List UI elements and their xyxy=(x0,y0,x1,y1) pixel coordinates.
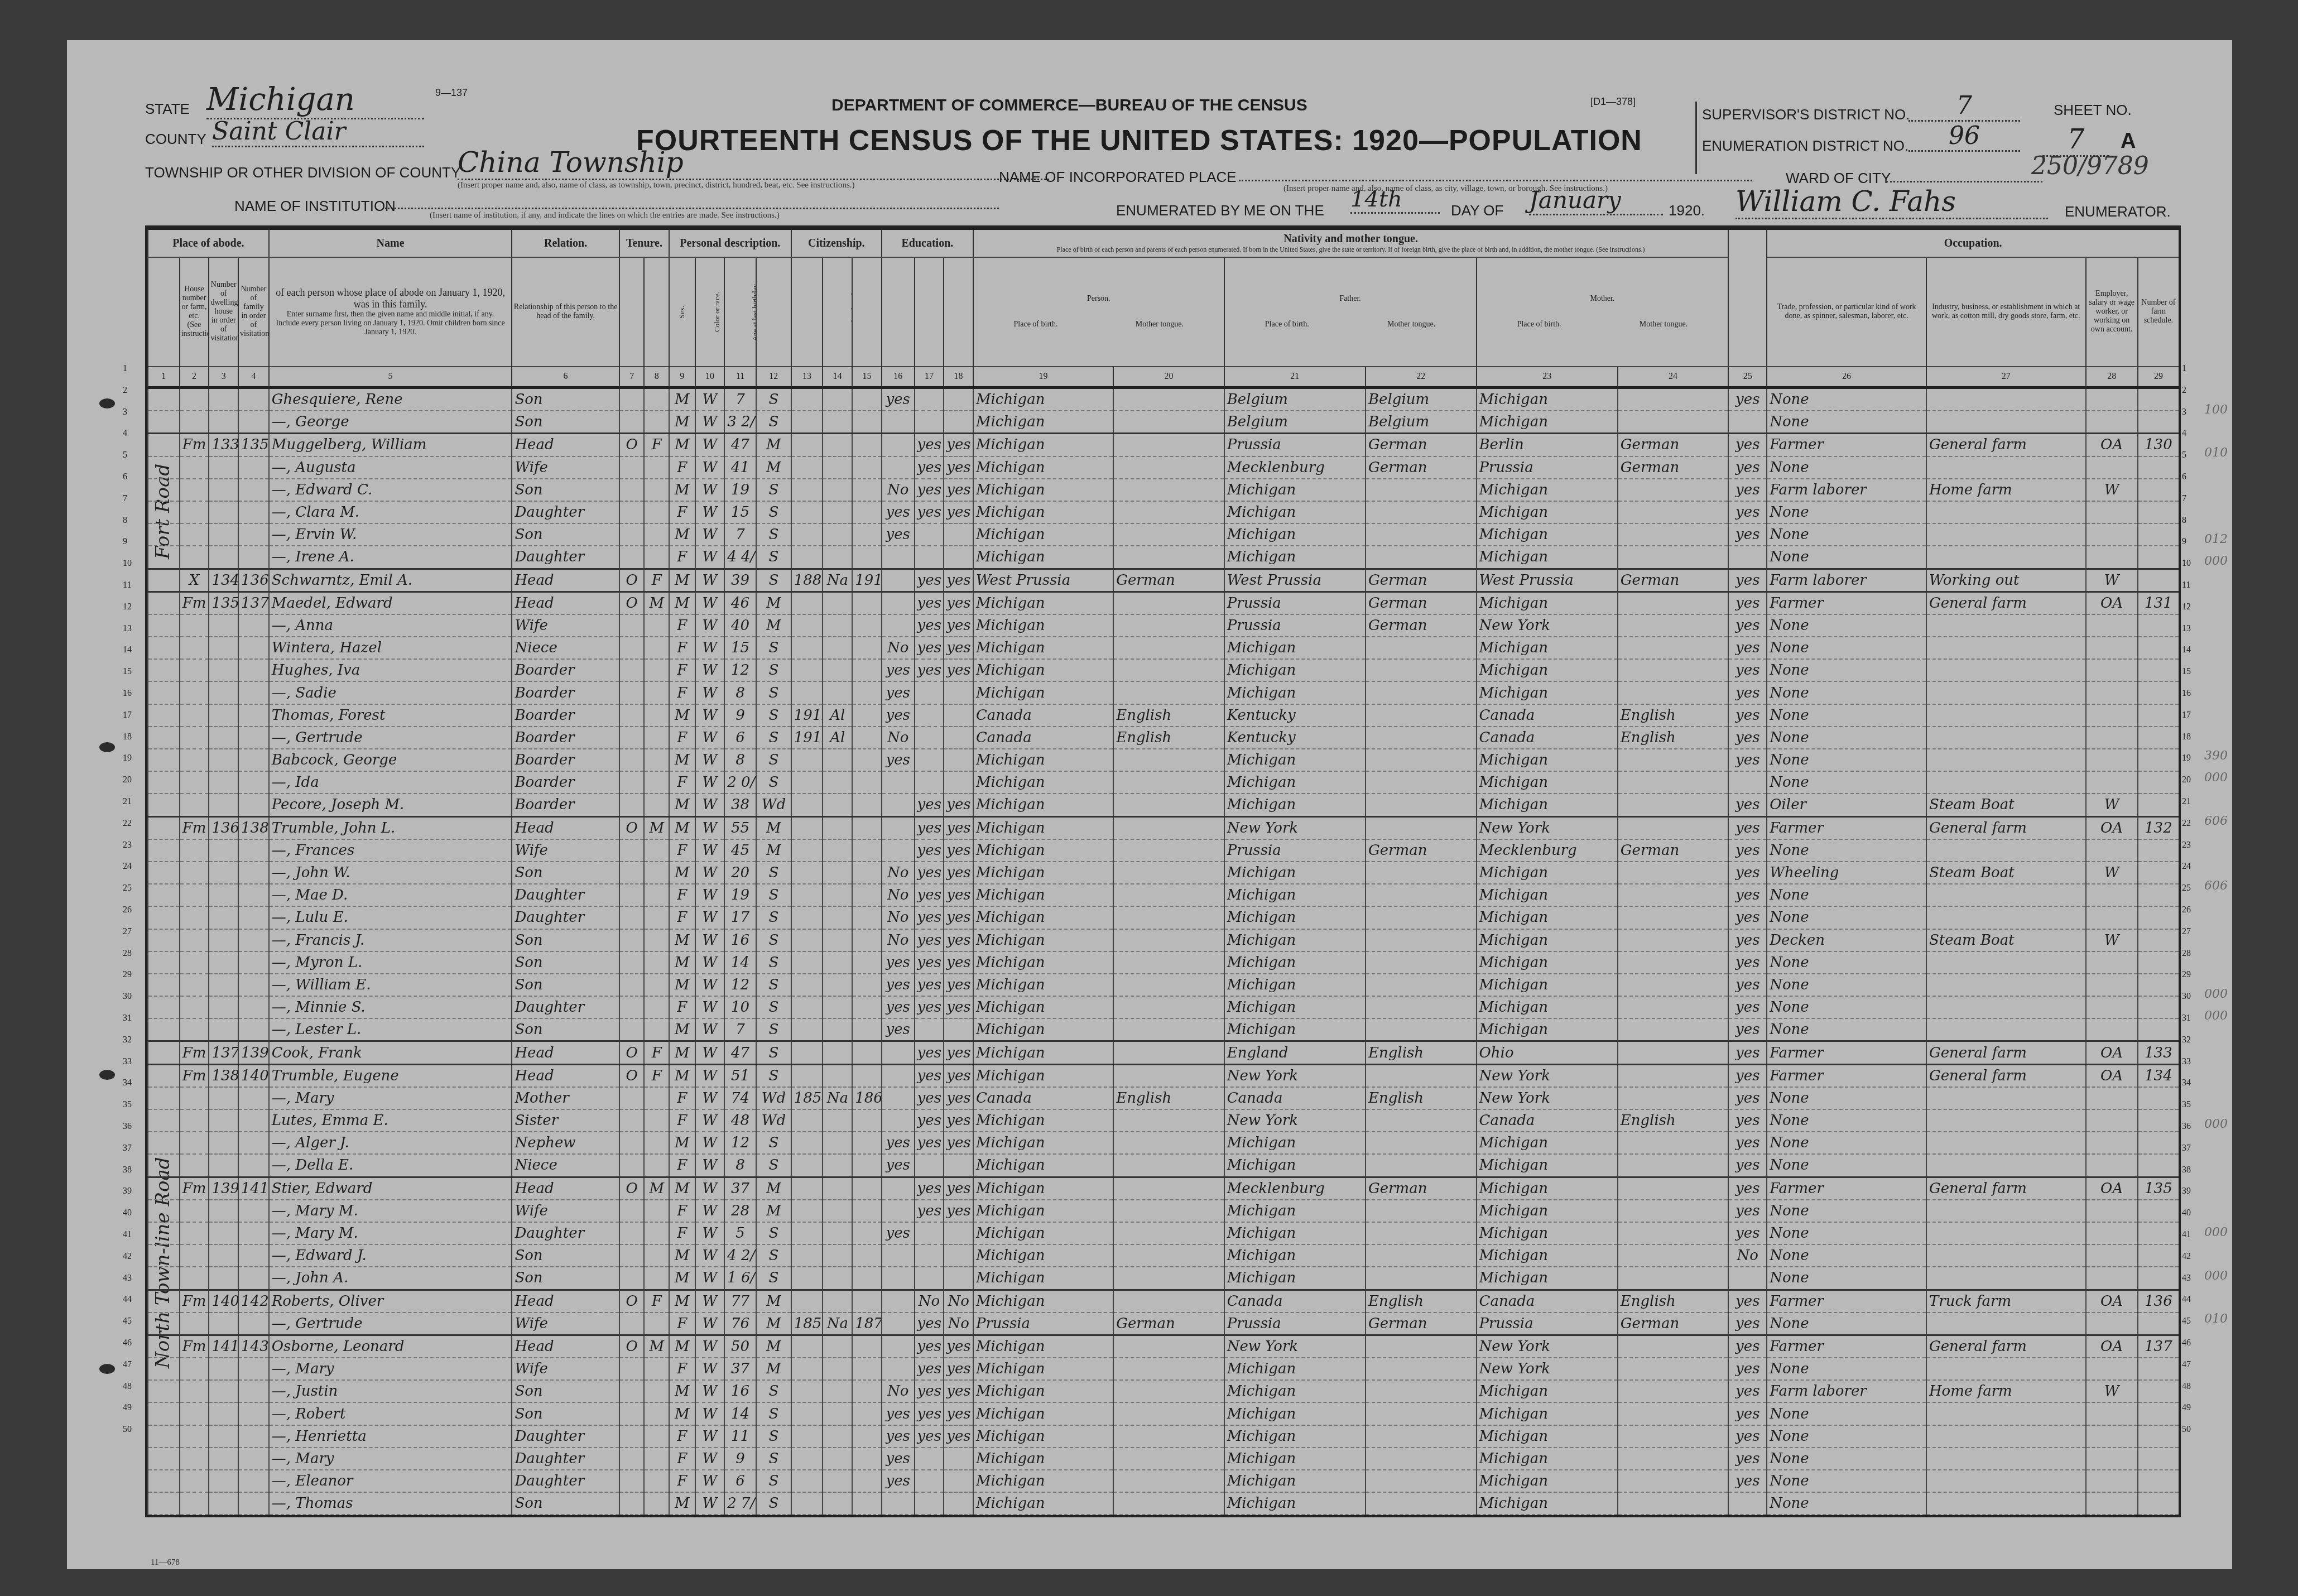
cell-age: 41 xyxy=(724,456,756,479)
cell-house xyxy=(180,1222,209,1244)
line-number: 15 xyxy=(123,667,132,677)
cell-immig xyxy=(791,592,823,614)
cell-home xyxy=(619,1109,645,1132)
supervisor-label: Supervisor's District No. xyxy=(1702,106,1910,123)
margin-code: 010 xyxy=(2204,446,2228,460)
cell-house xyxy=(180,951,209,974)
cell-trade: None xyxy=(1767,974,1926,996)
enumerated-label: Enumerated by me on the xyxy=(1116,202,1324,219)
cell-mpob: Ohio xyxy=(1477,1041,1618,1064)
cell-ftongue xyxy=(1366,1380,1477,1402)
cell-emp xyxy=(2086,411,2138,434)
cell-fpob: Michigan xyxy=(1224,659,1366,681)
cell-house xyxy=(180,884,209,906)
cell-pob: Michigan xyxy=(973,1402,1113,1425)
cell-english: yes xyxy=(1728,1380,1767,1402)
cell-english: yes xyxy=(1728,1154,1767,1177)
cell-trade: None xyxy=(1767,884,1926,906)
cell-street xyxy=(148,1380,180,1402)
cell-dwelling: 135 xyxy=(209,592,238,614)
cell-age: 8 xyxy=(724,1154,756,1177)
cell-mort xyxy=(644,1200,669,1222)
cell-mpob: Michigan xyxy=(1477,771,1618,794)
cell-read: yes xyxy=(915,906,944,929)
cell-mort xyxy=(644,523,669,546)
cell-write xyxy=(944,749,973,771)
cell-sex: M xyxy=(669,1018,695,1041)
cell-farm xyxy=(2138,1087,2179,1109)
line-number: 13 xyxy=(2182,624,2191,634)
cell-marital: Wd xyxy=(756,794,791,816)
cell-sex: M xyxy=(669,974,695,996)
cell-pob: Michigan xyxy=(973,996,1113,1018)
line-number: 16 xyxy=(123,689,132,699)
cell-race: W xyxy=(695,839,725,862)
cell-write: yes xyxy=(944,637,973,659)
cell-trade: None xyxy=(1767,1425,1926,1448)
col-20-header: Mother tongue. xyxy=(1136,320,1184,329)
cell-farm xyxy=(2138,974,2179,996)
cell-mort xyxy=(644,1018,669,1041)
district-bracket xyxy=(1695,102,1699,174)
cell-house xyxy=(180,411,209,434)
cell-mpob: Prussia xyxy=(1477,1313,1618,1335)
cell-english: yes xyxy=(1728,1018,1767,1041)
cell-street xyxy=(148,1267,180,1290)
cell-industry xyxy=(1926,1313,2086,1335)
cell-marital: S xyxy=(756,1018,791,1041)
cell-fpob: Michigan xyxy=(1224,1222,1366,1244)
cell-nat xyxy=(823,1380,852,1402)
cell-age: 46 xyxy=(724,592,756,614)
cell-ftongue xyxy=(1366,862,1477,884)
cell-mort xyxy=(644,794,669,816)
column-number: 1 xyxy=(148,367,180,388)
cell-tongue xyxy=(1113,1244,1224,1267)
cell-dwelling xyxy=(209,749,238,771)
census-row: —, MaryDaughterFW9SyesMichiganMichiganMi… xyxy=(148,1448,2179,1470)
line-number: 26 xyxy=(2182,905,2191,915)
cell-write: yes xyxy=(944,929,973,951)
census-row: —, Mary M.DaughterFW5SyesMichiganMichiga… xyxy=(148,1222,2179,1244)
cell-mort xyxy=(644,1109,669,1132)
line-number: 27 xyxy=(123,927,132,937)
cell-farm xyxy=(2138,546,2179,569)
enumerator-name: William C. Fahs xyxy=(1735,185,2048,219)
cell-relation: Daughter xyxy=(512,1470,619,1492)
line-number: 3 xyxy=(123,407,127,417)
column-number: 8 xyxy=(644,367,669,388)
enumerated-month: January xyxy=(1529,186,1663,215)
cell-english: yes xyxy=(1728,523,1767,546)
cell-name: —, Minnie S. xyxy=(269,996,512,1018)
cell-emp xyxy=(2086,727,2138,749)
cell-family xyxy=(238,1267,269,1290)
census-row: Fm139141Stier, EdwardHeadOMMW37MyesyesMi… xyxy=(148,1177,2179,1200)
cell-family xyxy=(238,637,269,659)
cell-natyr xyxy=(852,523,882,546)
cell-tongue xyxy=(1113,388,1224,411)
cell-school xyxy=(882,1492,915,1515)
cell-mtongue: English xyxy=(1618,704,1729,727)
cell-ftongue xyxy=(1366,1222,1477,1244)
cell-relation: Niece xyxy=(512,637,619,659)
cell-english: yes xyxy=(1728,794,1767,816)
cell-fpob: Michigan xyxy=(1224,1402,1366,1425)
cell-house xyxy=(180,996,209,1018)
cell-trade: Farm laborer xyxy=(1767,479,1926,501)
cell-relation: Daughter xyxy=(512,1222,619,1244)
line-number: 25 xyxy=(2182,883,2191,893)
cell-trade: None xyxy=(1767,1018,1926,1041)
cell-nat xyxy=(823,546,852,569)
cell-read: yes xyxy=(915,951,944,974)
column-number: 22 xyxy=(1366,367,1477,388)
cell-dwelling xyxy=(209,501,238,523)
cell-race: W xyxy=(695,1492,725,1515)
cell-nat xyxy=(823,1064,852,1087)
cell-natyr xyxy=(852,1358,882,1380)
cell-mort xyxy=(644,1313,669,1335)
line-number: 38 xyxy=(123,1165,132,1175)
cell-natyr xyxy=(852,1244,882,1267)
cell-home: O xyxy=(619,434,645,456)
cell-read xyxy=(915,1448,944,1470)
cell-marital: M xyxy=(756,1335,791,1358)
cell-name: —, John A. xyxy=(269,1267,512,1290)
cell-name: —, Mary xyxy=(269,1358,512,1380)
cell-age: 20 xyxy=(724,862,756,884)
cell-trade: None xyxy=(1767,951,1926,974)
cell-emp: W xyxy=(2086,569,2138,592)
cell-farm xyxy=(2138,1425,2179,1448)
cell-natyr xyxy=(852,592,882,614)
cell-natyr xyxy=(852,1109,882,1132)
cell-farm: 137 xyxy=(2138,1335,2179,1358)
cell-mtongue: German xyxy=(1618,456,1729,479)
cell-house xyxy=(180,906,209,929)
census-row: —, John A.SonMW1 6/12SMichiganMichiganMi… xyxy=(148,1267,2179,1290)
margin-code: 000 xyxy=(2204,987,2228,1001)
cell-fpob: Michigan xyxy=(1224,862,1366,884)
census-row: —, AnnaWifeFW40MyesyesMichiganPrussiaGer… xyxy=(148,614,2179,637)
cell-industry xyxy=(1926,659,2086,681)
cell-sex: F xyxy=(669,1470,695,1492)
cell-school xyxy=(882,839,915,862)
cell-trade: Farmer xyxy=(1767,1064,1926,1087)
cell-mpob: Michigan xyxy=(1477,1222,1618,1244)
cell-home xyxy=(619,771,645,794)
cell-sex: F xyxy=(669,1358,695,1380)
cell-race: W xyxy=(695,862,725,884)
census-row: —, Mary M.WifeFW28MyesyesMichiganMichiga… xyxy=(148,1200,2179,1222)
cell-dwelling xyxy=(209,862,238,884)
column-number: 6 xyxy=(512,367,619,388)
cell-natyr xyxy=(852,546,882,569)
cell-house xyxy=(180,523,209,546)
line-number: 33 xyxy=(123,1057,132,1067)
cell-home xyxy=(619,1132,645,1154)
cell-school: No xyxy=(882,884,915,906)
cell-industry xyxy=(1926,681,2086,704)
cell-age: 4 2/12 xyxy=(724,1244,756,1267)
cell-mtongue xyxy=(1618,884,1729,906)
cell-house: Fm xyxy=(180,816,209,839)
cell-ftongue xyxy=(1366,771,1477,794)
cell-school: yes xyxy=(882,1154,915,1177)
cell-nat xyxy=(823,1335,852,1358)
cell-industry xyxy=(1926,1267,2086,1290)
cell-industry xyxy=(1926,906,2086,929)
cell-sex: F xyxy=(669,906,695,929)
father-header: Father. Place of birth.Mother tongue. xyxy=(1224,257,1477,367)
cell-relation: Head xyxy=(512,1041,619,1064)
cell-immig xyxy=(791,1402,823,1425)
cell-tongue xyxy=(1113,1492,1224,1515)
cell-immig xyxy=(791,1290,823,1313)
cell-home xyxy=(619,659,645,681)
cell-mort xyxy=(644,1222,669,1244)
col-22-header: Mother tongue. xyxy=(1387,320,1435,329)
cell-english: yes xyxy=(1728,727,1767,749)
cell-family xyxy=(238,411,269,434)
cell-write: yes xyxy=(944,862,973,884)
cell-house: Fm xyxy=(180,592,209,614)
cell-read xyxy=(915,1154,944,1177)
cell-tongue xyxy=(1113,1222,1224,1244)
census-row: —, GertrudeWifeFW76M1850Na1870yesNoPruss… xyxy=(148,1313,2179,1335)
cell-farm xyxy=(2138,1267,2179,1290)
cell-home: O xyxy=(619,1335,645,1358)
cell-write: yes xyxy=(944,884,973,906)
cell-mtongue xyxy=(1618,388,1729,411)
cell-street xyxy=(148,1425,180,1448)
cell-family xyxy=(238,1402,269,1425)
cell-nat xyxy=(823,794,852,816)
cell-farm xyxy=(2138,1313,2179,1335)
cell-sex: M xyxy=(669,411,695,434)
cell-immig xyxy=(791,794,823,816)
cell-street xyxy=(148,1470,180,1492)
cell-relation: Niece xyxy=(512,1154,619,1177)
cell-relation: Daughter xyxy=(512,906,619,929)
cell-industry xyxy=(1926,1470,2086,1492)
cell-sex: F xyxy=(669,1222,695,1244)
cell-farm xyxy=(2138,749,2179,771)
cell-dwelling xyxy=(209,659,238,681)
cell-pob: Prussia xyxy=(973,1313,1113,1335)
cell-tongue xyxy=(1113,1470,1224,1492)
cell-english: yes xyxy=(1728,456,1767,479)
cell-mort xyxy=(644,749,669,771)
township-label: Township or other division of county xyxy=(145,164,460,181)
cell-mtongue xyxy=(1618,523,1729,546)
census-row: Fm140142Roberts, OliverHeadOFMW77MNoNoMi… xyxy=(148,1290,2179,1313)
cell-trade: None xyxy=(1767,388,1926,411)
cell-house xyxy=(180,681,209,704)
cell-pob: Michigan xyxy=(973,929,1113,951)
cell-age: 77 xyxy=(724,1290,756,1313)
cell-trade: Oiler xyxy=(1767,794,1926,816)
cell-farm xyxy=(2138,906,2179,929)
cell-mtongue xyxy=(1618,1200,1729,1222)
cell-school xyxy=(882,456,915,479)
cell-dwelling xyxy=(209,951,238,974)
cell-english: yes xyxy=(1728,1087,1767,1109)
cell-english: yes xyxy=(1728,996,1767,1018)
line-number: 33 xyxy=(2182,1057,2191,1067)
cell-dwelling xyxy=(209,1132,238,1154)
cell-nat xyxy=(823,388,852,411)
cell-nat xyxy=(823,839,852,862)
cell-read: yes xyxy=(915,479,944,501)
cell-fpob: New York xyxy=(1224,1109,1366,1132)
column-number: 21 xyxy=(1224,367,1366,388)
cell-read: yes xyxy=(915,1425,944,1448)
cell-pob: Canada xyxy=(973,727,1113,749)
cell-emp xyxy=(2086,1200,2138,1222)
cell-age: 51 xyxy=(724,1064,756,1087)
cell-english xyxy=(1728,1492,1767,1515)
cell-sex: M xyxy=(669,479,695,501)
cell-industry xyxy=(1926,1448,2086,1470)
cell-emp: OA xyxy=(2086,434,2138,456)
cell-mpob: New York xyxy=(1477,614,1618,637)
cell-immig xyxy=(791,1132,823,1154)
cell-ftongue: German xyxy=(1366,839,1477,862)
cell-relation: Son xyxy=(512,929,619,951)
cell-street xyxy=(148,1041,180,1064)
census-row: —, John W.SonMW20SNoyesyesMichiganMichig… xyxy=(148,862,2179,884)
cell-farm xyxy=(2138,523,2179,546)
enumerator-label: Enumerator. xyxy=(2065,203,2171,220)
cell-tongue xyxy=(1113,1335,1224,1358)
cell-home xyxy=(619,1200,645,1222)
cell-relation: Wife xyxy=(512,1358,619,1380)
cell-read: yes xyxy=(915,1335,944,1358)
cell-ftongue xyxy=(1366,727,1477,749)
cell-family xyxy=(238,1492,269,1515)
cell-home xyxy=(619,1402,645,1425)
cell-race: W xyxy=(695,1425,725,1448)
column-number: 17 xyxy=(915,367,944,388)
cell-read xyxy=(915,1222,944,1244)
cell-immig xyxy=(791,1177,823,1200)
cell-trade: None xyxy=(1767,1244,1926,1267)
census-row: —, Alger J.NephewMW12SyesyesyesMichiganM… xyxy=(148,1132,2179,1154)
cell-farm xyxy=(2138,929,2179,951)
cell-fpob: West Prussia xyxy=(1224,569,1366,592)
line-number: 36 xyxy=(123,1122,132,1132)
cell-mort xyxy=(644,1267,669,1290)
cell-family xyxy=(238,727,269,749)
cell-home: O xyxy=(619,1290,645,1313)
margin-code: 000 xyxy=(2204,1117,2228,1131)
line-number: 29 xyxy=(2182,970,2191,980)
cell-family xyxy=(238,749,269,771)
cell-emp: OA xyxy=(2086,1064,2138,1087)
cell-immig xyxy=(791,1154,823,1177)
cell-read xyxy=(915,1018,944,1041)
cell-home xyxy=(619,411,645,434)
cell-english: yes xyxy=(1728,884,1767,906)
cell-nat xyxy=(823,456,852,479)
cell-read: yes xyxy=(915,456,944,479)
margin-code: 606 xyxy=(2204,879,2228,893)
cell-immig: 1912 xyxy=(791,727,823,749)
cell-write: yes xyxy=(944,501,973,523)
cell-name: —, Sadie xyxy=(269,681,512,704)
cell-marital: S xyxy=(756,929,791,951)
cell-pob: Michigan xyxy=(973,637,1113,659)
cell-emp: W xyxy=(2086,1380,2138,1402)
line-number: 19 xyxy=(123,753,132,763)
cell-fpob: New York xyxy=(1224,1064,1366,1087)
line-number: 12 xyxy=(123,602,132,612)
cell-marital: S xyxy=(756,479,791,501)
cell-farm xyxy=(2138,1358,2179,1380)
cell-house xyxy=(180,546,209,569)
cell-relation: Nephew xyxy=(512,1132,619,1154)
cell-nat xyxy=(823,1402,852,1425)
cell-sex: F xyxy=(669,1425,695,1448)
cell-read: yes xyxy=(915,1109,944,1132)
cell-mpob: Mecklenburg xyxy=(1477,839,1618,862)
cell-home xyxy=(619,1222,645,1244)
group-place-of-abode: Place of abode. xyxy=(148,230,269,257)
cell-natyr xyxy=(852,1425,882,1448)
cell-immig xyxy=(791,1267,823,1290)
cell-fpob: Canada xyxy=(1224,1087,1366,1109)
cell-natyr xyxy=(852,614,882,637)
cell-age: 40 xyxy=(724,614,756,637)
cell-read xyxy=(915,1470,944,1492)
cell-dwelling xyxy=(209,704,238,727)
cell-family xyxy=(238,1087,269,1109)
cell-farm xyxy=(2138,479,2179,501)
cell-school xyxy=(882,411,915,434)
cell-industry xyxy=(1926,523,2086,546)
cell-age: 19 xyxy=(724,884,756,906)
cell-nat xyxy=(823,906,852,929)
line-number: 22 xyxy=(2182,819,2191,829)
cell-fpob: Prussia xyxy=(1224,614,1366,637)
cell-family xyxy=(238,996,269,1018)
cell-english: yes xyxy=(1728,1402,1767,1425)
census-row: —, JustinSonMW16SNoyesyesMichiganMichiga… xyxy=(148,1380,2179,1402)
group-citizenship: Citizenship. xyxy=(791,230,882,257)
cell-pob: Michigan xyxy=(973,1425,1113,1448)
cell-nat xyxy=(823,996,852,1018)
cell-marital: S xyxy=(756,388,791,411)
cell-mpob: Michigan xyxy=(1477,996,1618,1018)
cell-home xyxy=(619,839,645,862)
cell-industry xyxy=(1926,974,2086,996)
cell-ftongue: Belgium xyxy=(1366,411,1477,434)
cell-street xyxy=(148,456,180,479)
cell-house xyxy=(180,1087,209,1109)
cell-race: W xyxy=(695,546,725,569)
cell-tongue xyxy=(1113,592,1224,614)
cell-age: 14 xyxy=(724,951,756,974)
cell-family xyxy=(238,456,269,479)
cell-mpob: Michigan xyxy=(1477,388,1618,411)
cell-mpob: Michigan xyxy=(1477,1402,1618,1425)
cell-sex: F xyxy=(669,456,695,479)
cell-nat xyxy=(823,884,852,906)
cell-house xyxy=(180,1200,209,1222)
cell-sex: F xyxy=(669,839,695,862)
